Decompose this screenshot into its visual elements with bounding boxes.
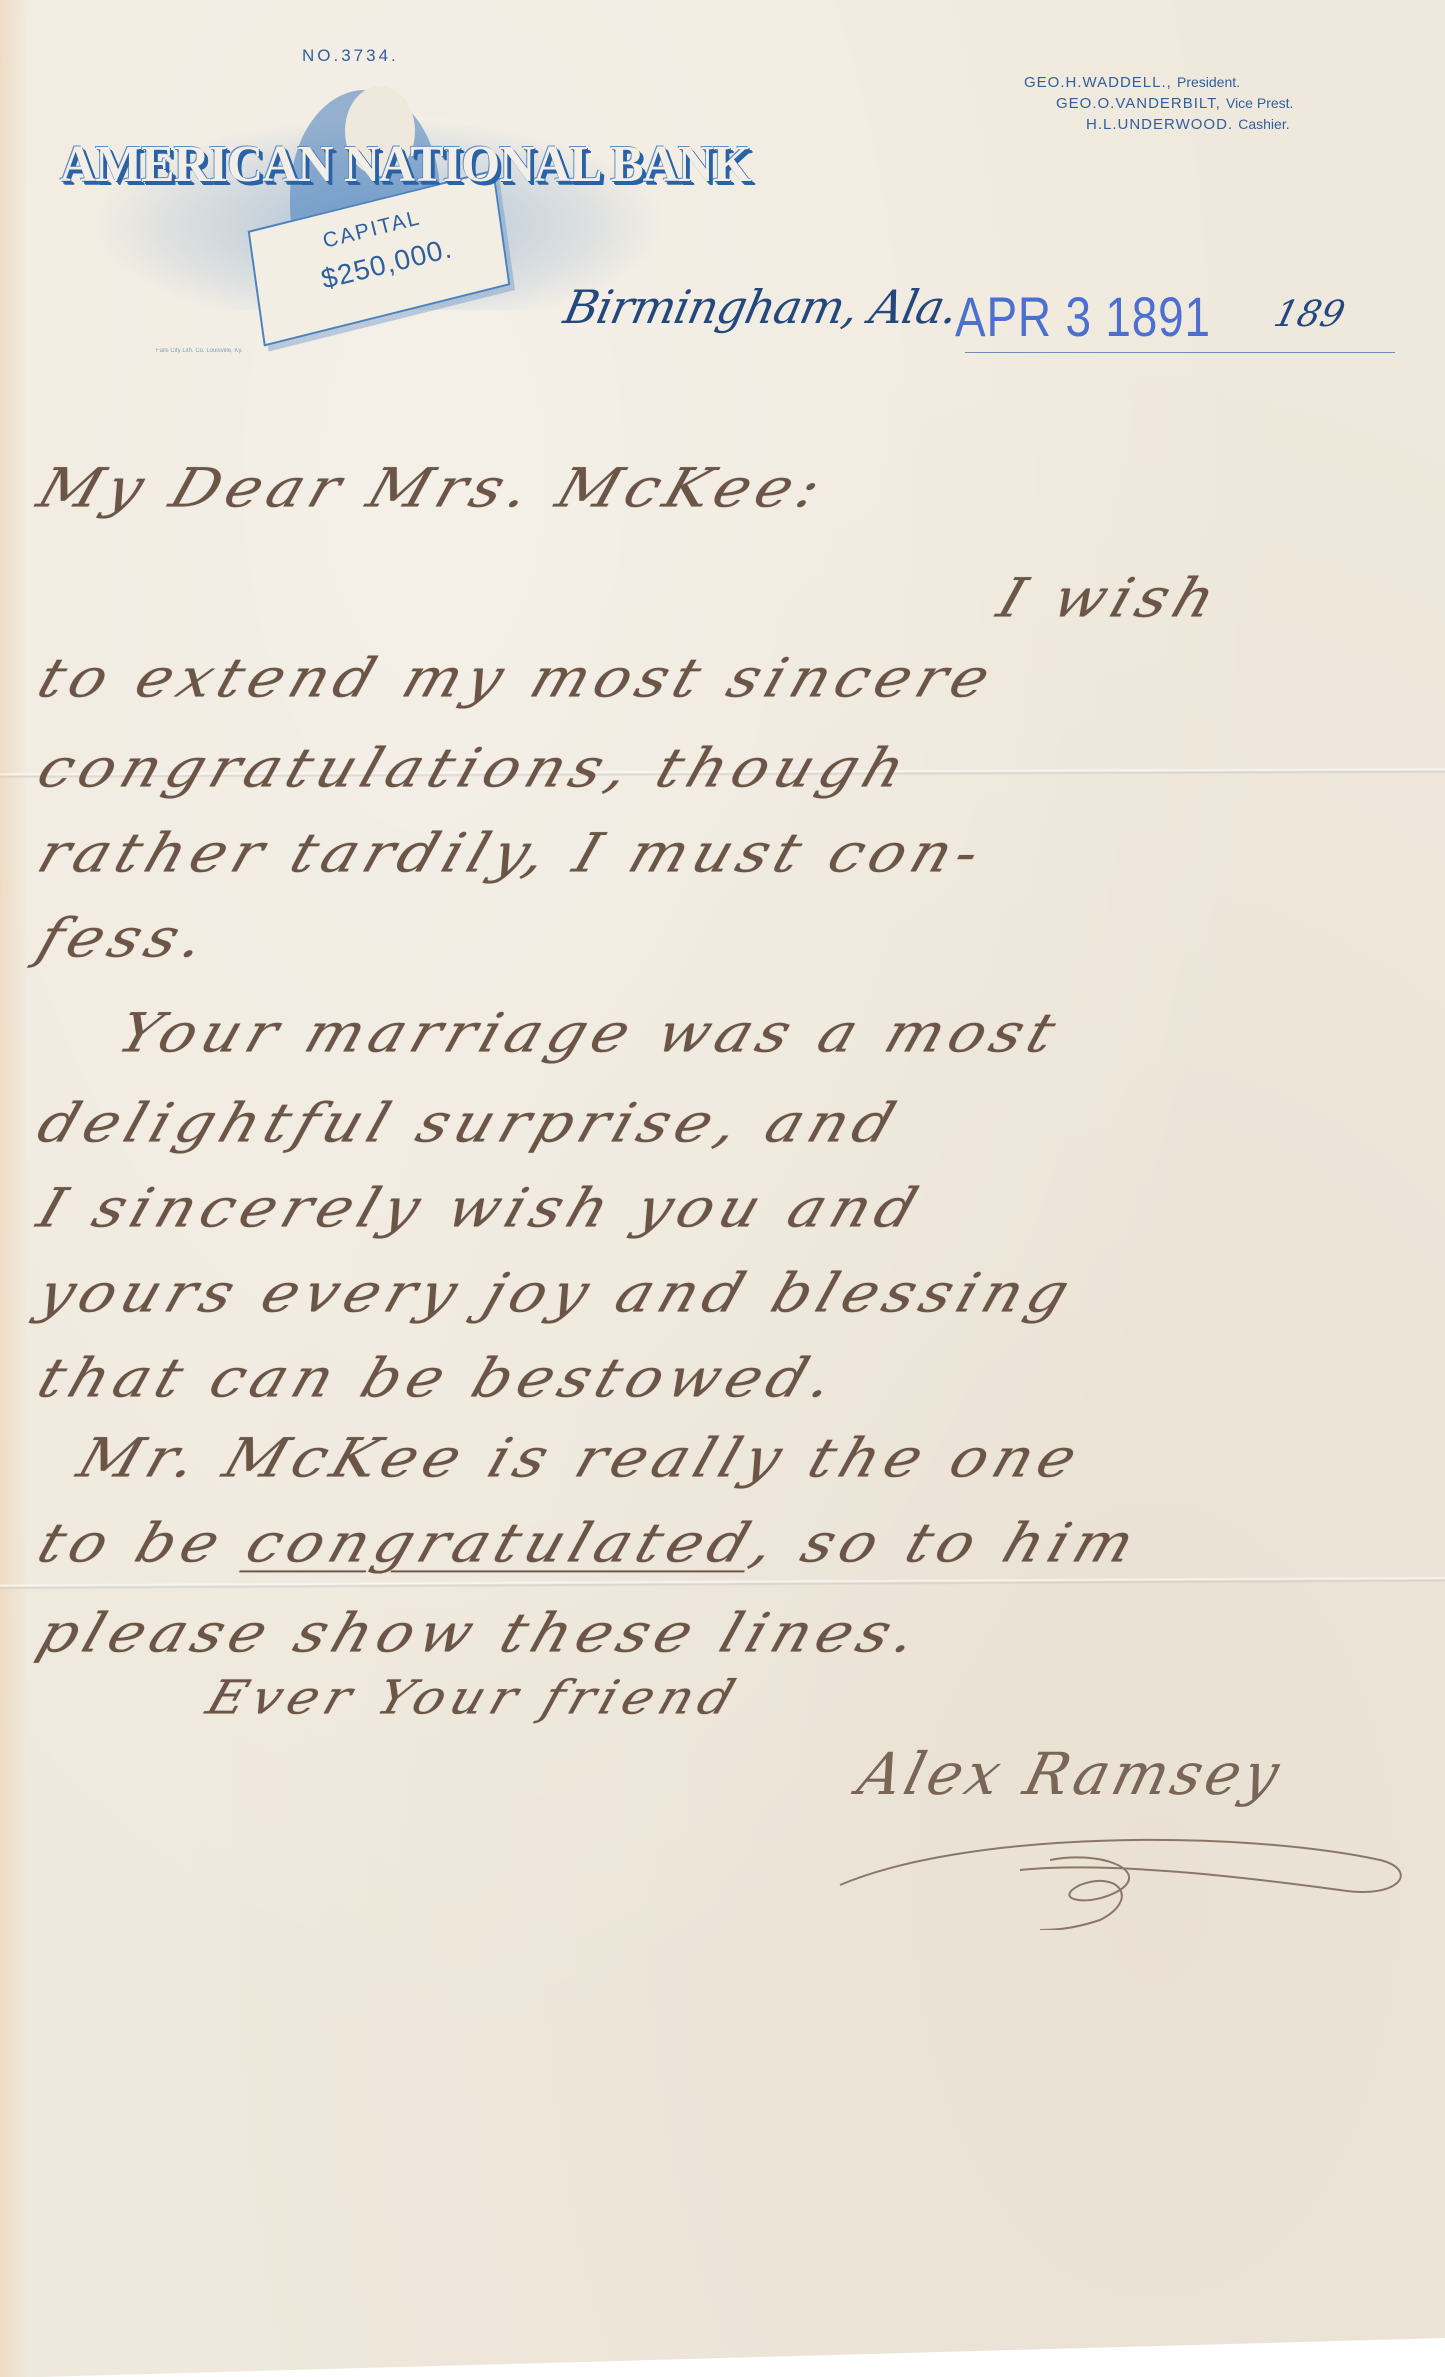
letter-line: fess.: [30, 907, 219, 970]
officer-title: President.: [1177, 74, 1240, 90]
date-stamp: APR 3 1891: [955, 284, 1211, 349]
letter-line: rather tardily, I must con-: [30, 822, 993, 885]
printer-credit: Falls City Lith. Co. Louisville, Ky.: [156, 348, 243, 354]
dateline-place: Birmingham, Ala.: [559, 280, 962, 334]
letter-line: congratulations, though: [30, 737, 919, 800]
officer-name: H.L.UNDERWOOD.: [1086, 116, 1233, 133]
letter-line: Your marriage was a most: [110, 1002, 1069, 1065]
closing: Ever Your friend: [200, 1671, 747, 1725]
letter-line: to extend my most sincere: [30, 647, 1004, 710]
bank-name-logo: AMERICAN NATIONAL BANK: [60, 137, 751, 193]
letter-line: delightful surprise, and: [30, 1092, 909, 1155]
officer-title: Cashier.: [1238, 116, 1289, 132]
letter-line: I wish: [990, 567, 1229, 630]
officer-president: GEO.H.WADDELL., President.: [1024, 72, 1420, 93]
letter-line: that can be bestowed.: [30, 1347, 848, 1410]
officer-vice-president: GEO.O.VANDERBILT, Vice Prest.: [1056, 93, 1420, 114]
officer-title: Vice Prest.: [1226, 95, 1293, 111]
paper-edge-stain: [0, 0, 28, 2377]
officer-name: GEO.H.WADDELL.,: [1024, 74, 1172, 91]
letter-text: , so to him: [743, 1512, 1148, 1575]
underlined-word: congratulated: [238, 1512, 763, 1575]
letter-line: yours every joy and blessing: [30, 1262, 1083, 1325]
salutation: My Dear Mrs. McKee:: [30, 457, 835, 520]
letter-text: to be: [30, 1512, 234, 1575]
officer-cashier: H.L.UNDERWOOD. Cashier.: [1086, 114, 1420, 135]
letter-line: please show these lines.: [30, 1602, 931, 1665]
letter-line: to be congratulated, so to him: [30, 1512, 1148, 1575]
officers-list: GEO.H.WADDELL., President. GEO.O.VANDERB…: [1020, 72, 1420, 135]
letterhead-number: NO.3734.: [302, 46, 399, 66]
printed-year-prefix: 189: [1270, 294, 1349, 335]
letter-line: I sincerely wish you and: [30, 1177, 931, 1240]
signature-flourish: [820, 1790, 1420, 1930]
letter-line: Mr. McKee is really the one: [70, 1427, 1090, 1490]
officer-name: GEO.O.VANDERBILT,: [1056, 95, 1221, 112]
date-rule-line: [965, 352, 1395, 353]
